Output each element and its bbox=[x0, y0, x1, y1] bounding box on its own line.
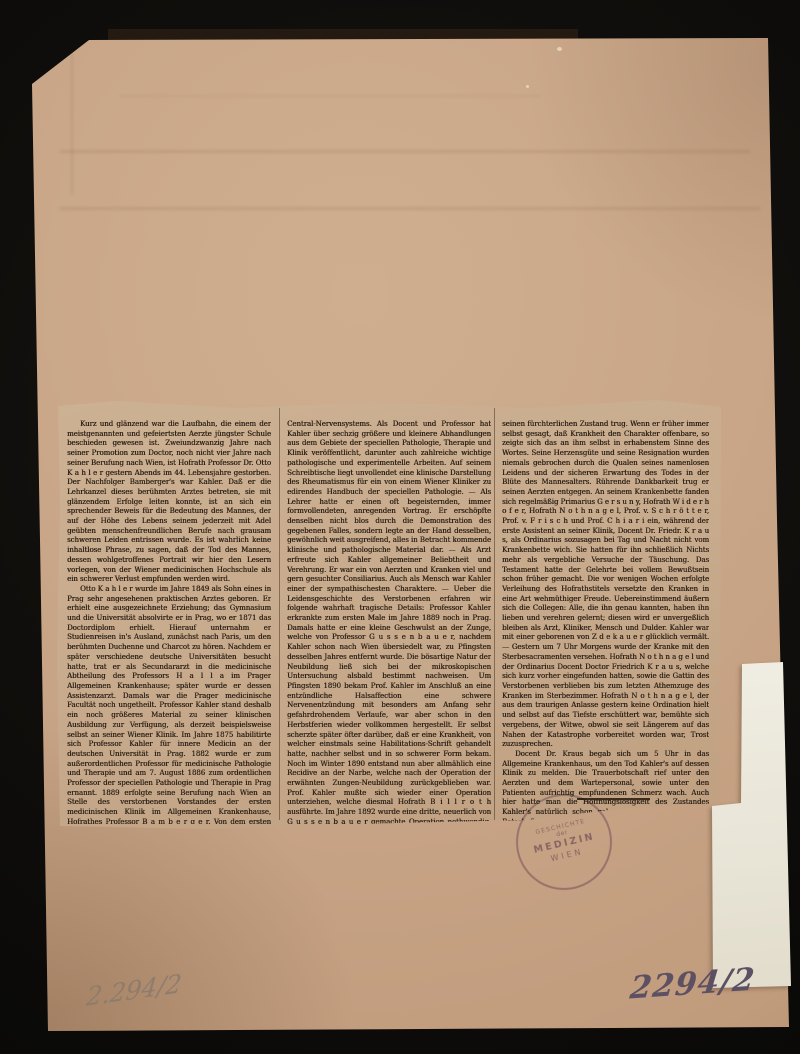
clipping-column-3: seinen fürchterlichen Zustand trug. Wenn… bbox=[502, 420, 709, 824]
paper-speck bbox=[557, 47, 562, 51]
column-divider bbox=[279, 408, 280, 820]
paper-strip bbox=[705, 655, 800, 995]
crease-line bbox=[120, 95, 540, 97]
article-paragraph: seinen fürchterlichen Zustand trug. Wenn… bbox=[502, 420, 709, 750]
crease-line bbox=[60, 150, 750, 153]
newspaper-clipping: Kurz und glänzend war die Laufbahn, die … bbox=[57, 396, 723, 834]
article-paragraph: Central-Nervensystems. Als Docent und Pr… bbox=[287, 420, 491, 824]
photographed-scan: Kurz und glänzend war die Laufbahn, die … bbox=[0, 0, 800, 1054]
article-paragraph: Kurz und glänzend war die Laufbahn, die … bbox=[67, 420, 271, 585]
paper-speck bbox=[526, 85, 529, 88]
crease-line bbox=[60, 207, 760, 210]
clipping-column-2: Central-Nervensystems. Als Docent und Pr… bbox=[287, 420, 491, 824]
article-paragraph: Otto K a h l e r wurde im Jahre 1849 als… bbox=[67, 585, 271, 824]
clipping-column-1: Kurz und glänzend war die Laufbahn, die … bbox=[67, 420, 271, 824]
paper-strip-surface bbox=[705, 655, 800, 995]
crease-line bbox=[71, 44, 73, 194]
column-divider bbox=[494, 408, 495, 820]
